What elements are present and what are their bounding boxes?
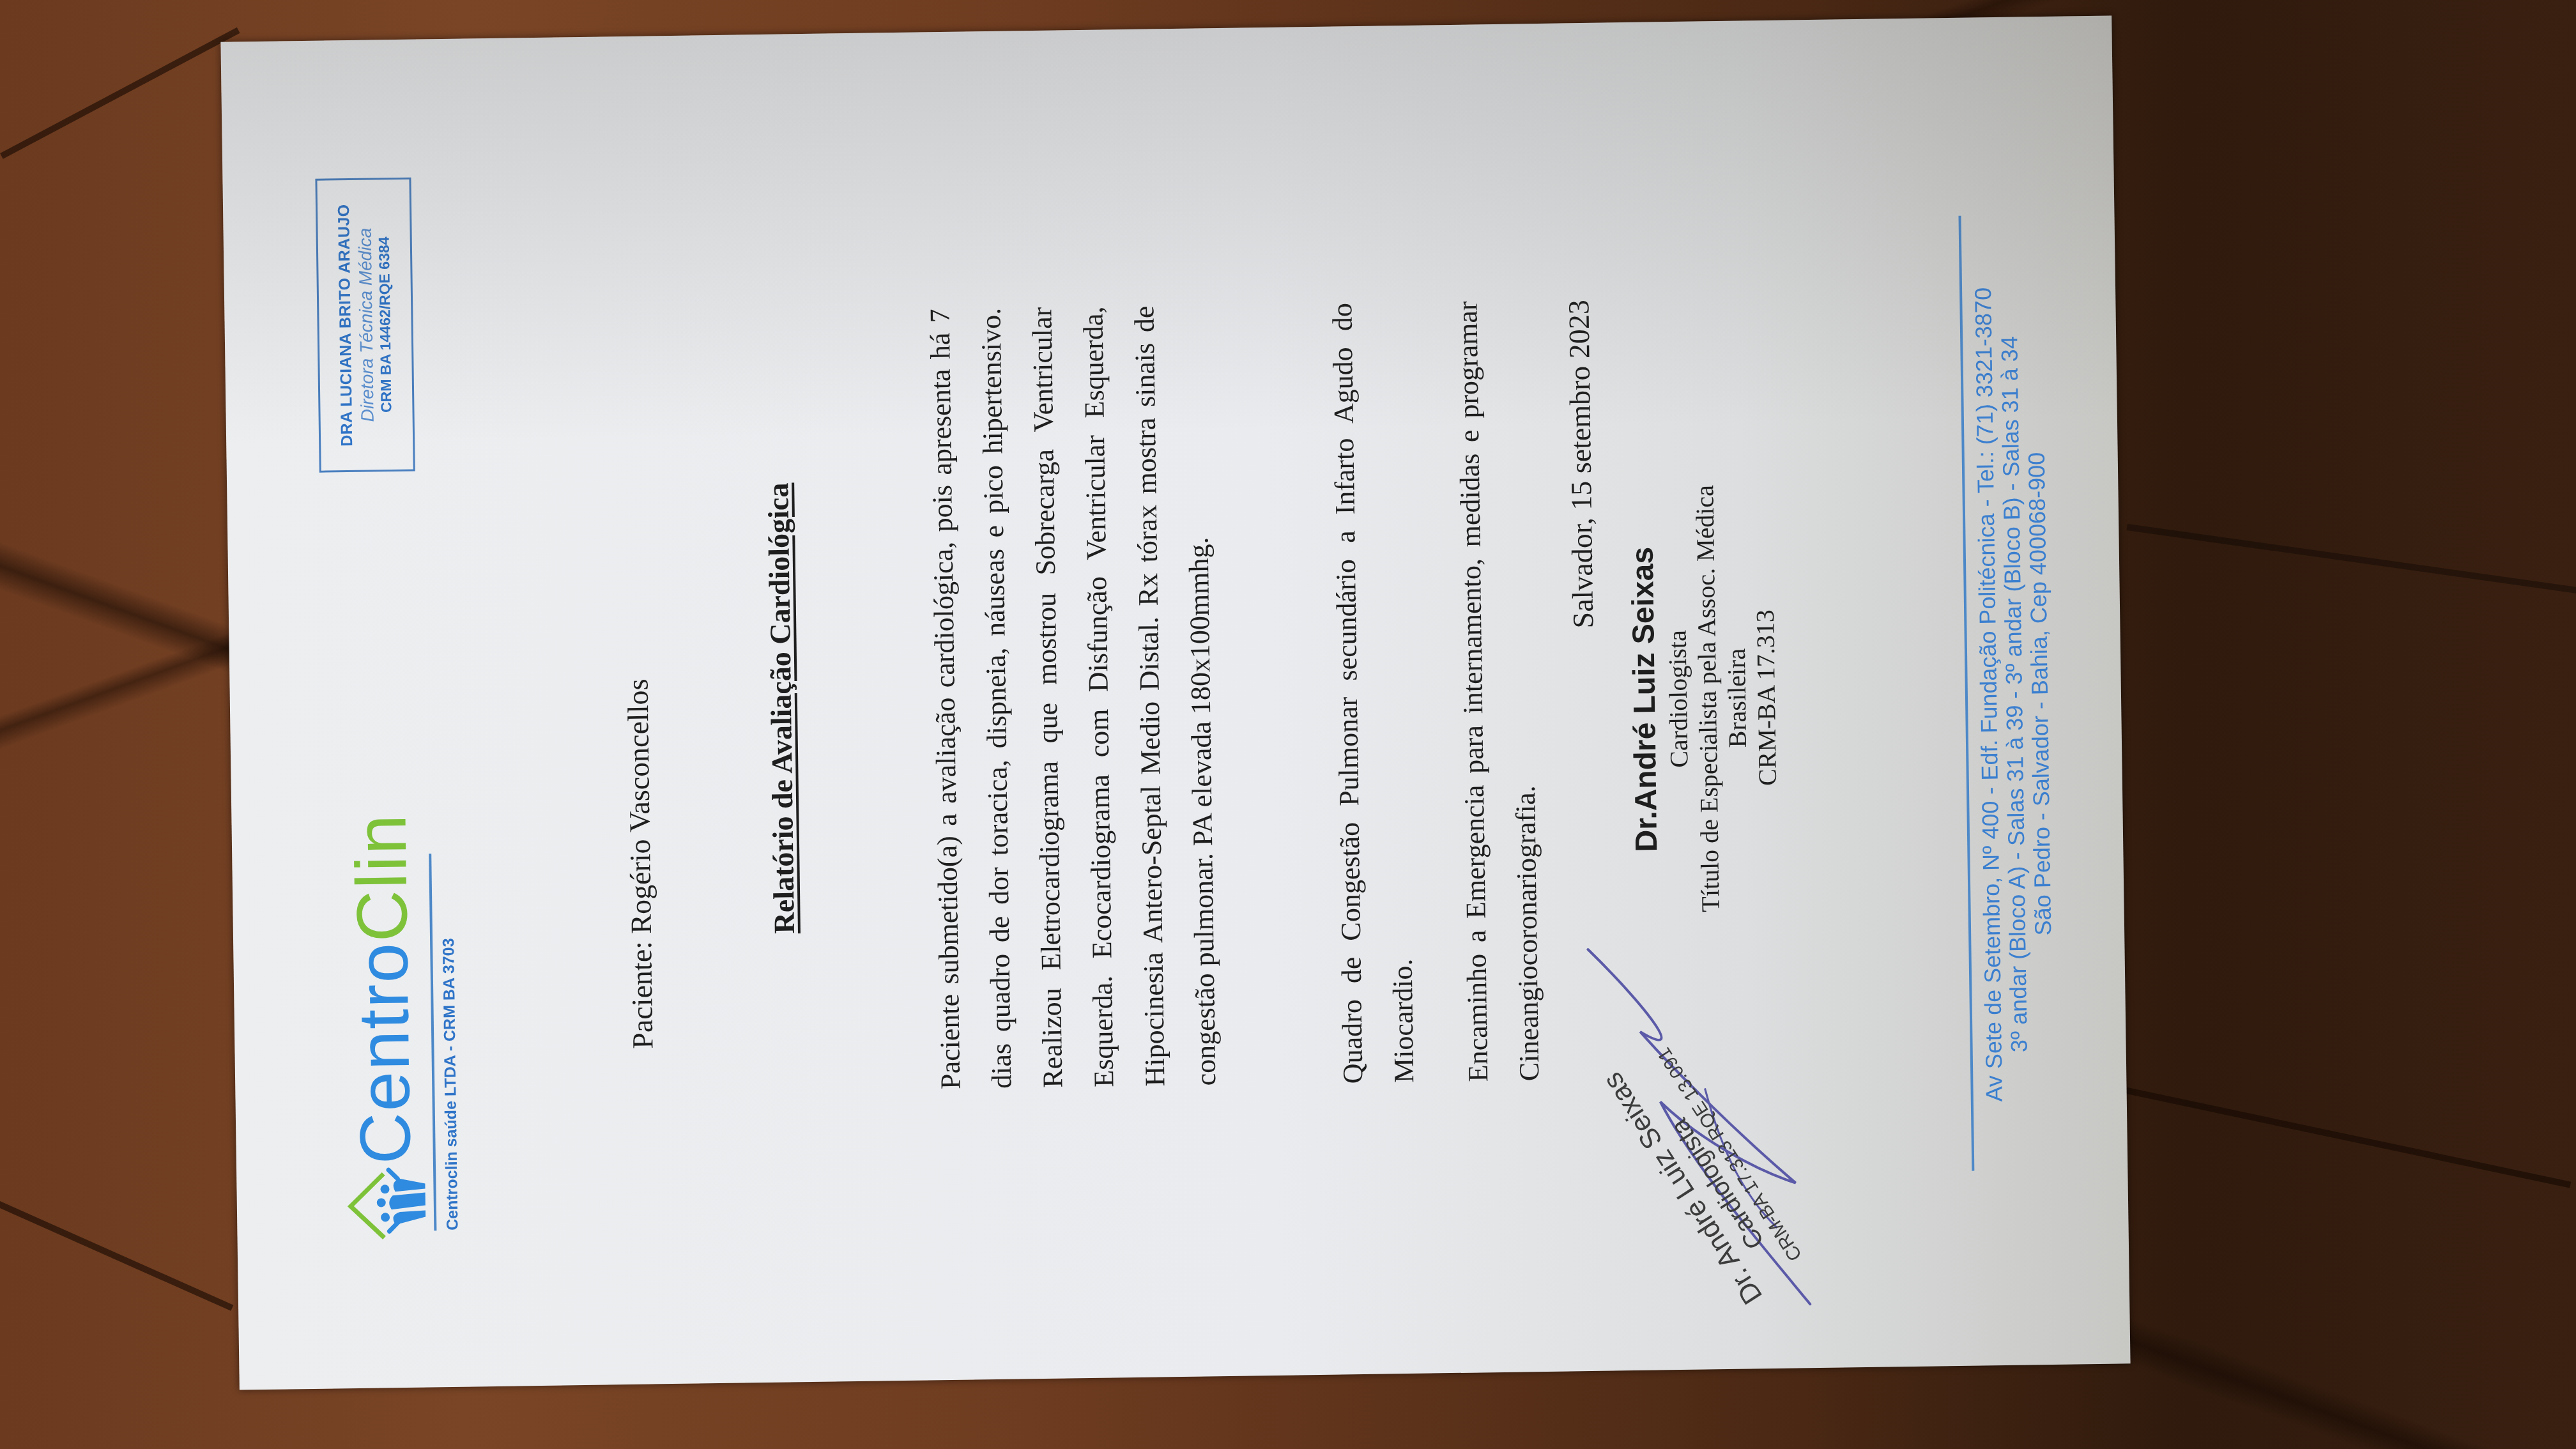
centroclin-logo: CentroClin Centroclin saúde LTDA - CRM B… [334,854,468,1252]
floor-seam [0,27,240,159]
floor-seam [0,1201,233,1311]
logo-divider [429,854,436,1230]
address-footer: Av Sete de Setembro, Nº 400 - Edf. Funda… [1969,215,2059,1174]
brand-part-clin: Clin [341,813,422,942]
floor-seam [2127,524,2576,594]
report-paragraph-referral: Encaminho a Emergencia para internamento… [1442,300,1555,1082]
patient-name: Paciente: Rogério Vasconcellos [620,678,659,1049]
brand-part-centro: Centro [342,941,425,1165]
company-subtitle: Centroclin saúde LTDA - CRM BA 3703 [440,938,462,1230]
floor-seam [2120,1086,2571,1188]
technical-director-stamp: DRA LUCIANA BRITO ARAUJO Diretora Técnic… [315,178,415,473]
brand-name: CentroClin [345,813,422,1165]
stamp-registry: CRM BA 14462/RQE 6384 [374,180,395,470]
doctor-title: Título de Especialista pela Assoc. Médic… [1689,436,1755,960]
report-paragraph-findings: Paciente submetido(a) a avaliação cardio… [914,305,1232,1090]
date-line: Salvador, 15 setembro 2023 [1561,300,1602,797]
medical-report-page: DRA LUCIANA BRITO ARAUJO Diretora Técnic… [220,15,2130,1390]
report-paragraph-diagnosis: Quadro de Congestão Pulmonar secundário … [1317,302,1430,1084]
report-title: Relatório de Avaliação Cardiológica [755,34,807,1383]
signature-block: Dr.André Luiz Seixas Cardiologista Títul… [1623,436,1784,962]
house-family-icon [339,1154,429,1251]
